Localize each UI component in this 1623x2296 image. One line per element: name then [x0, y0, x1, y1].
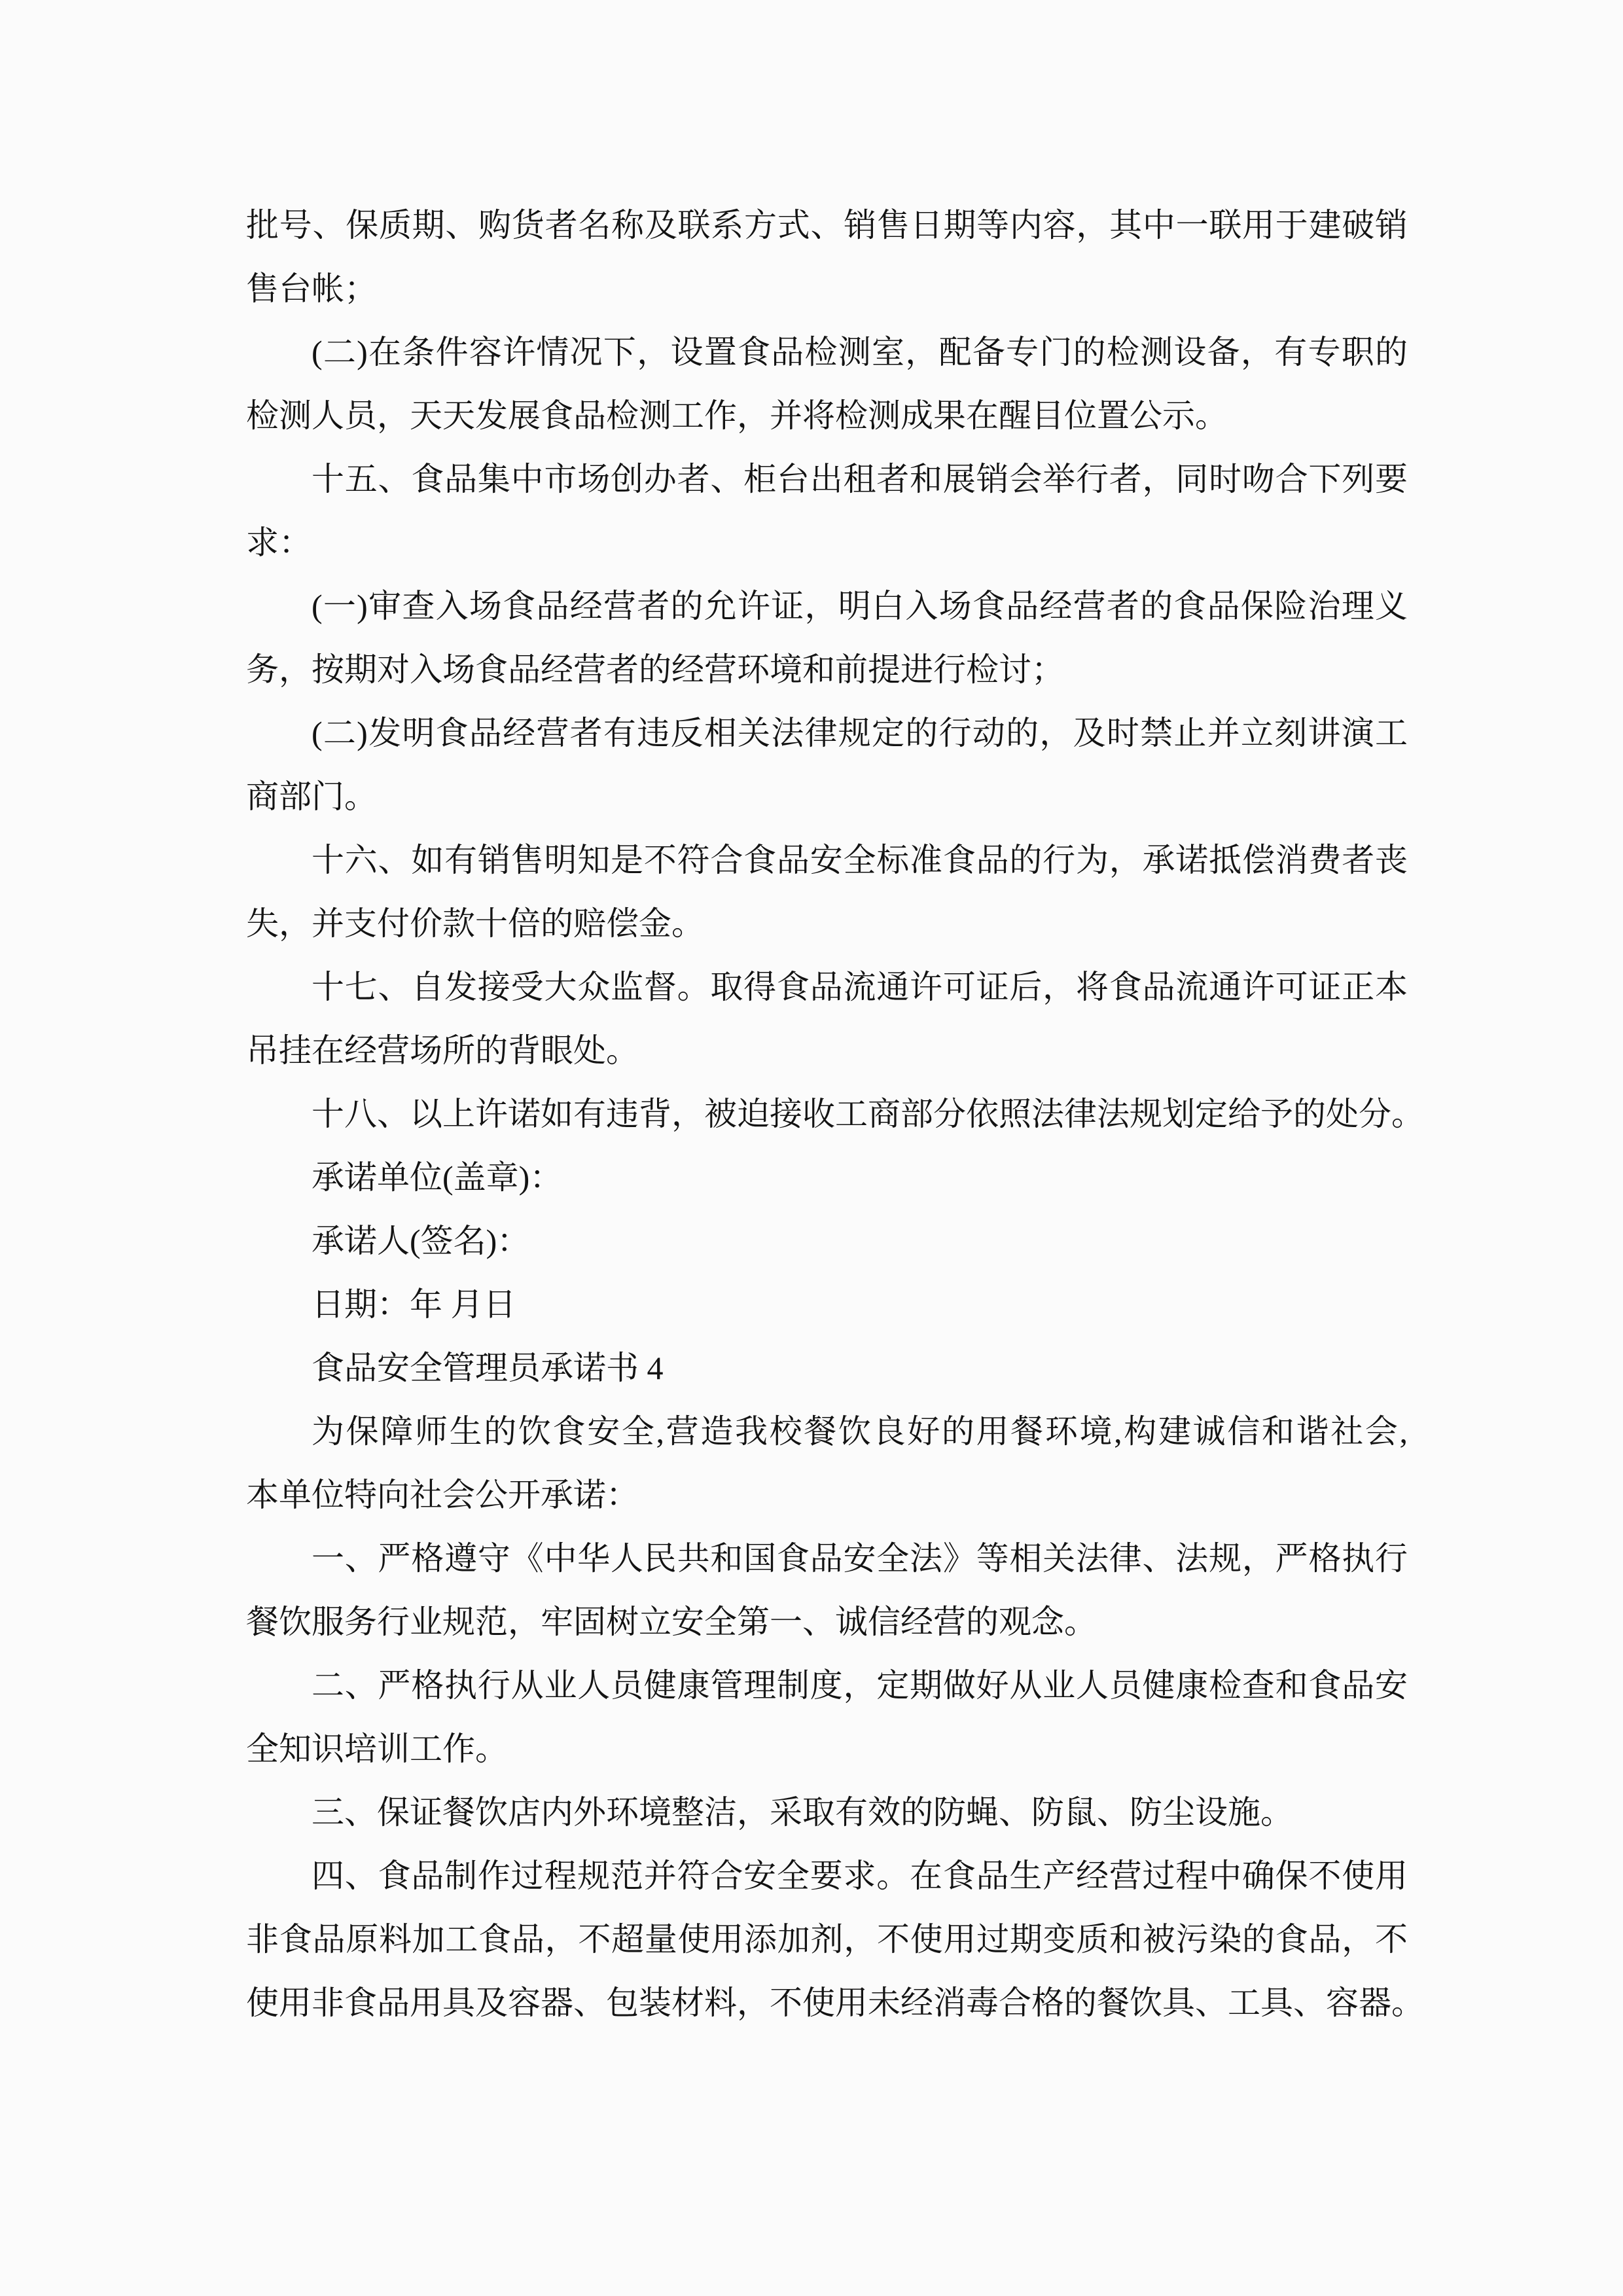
text-line: (二)发明食品经营者有违反相关法律规定的行动的，及时禁止并立刻讲演工 — [246, 702, 1408, 765]
paragraph: 二、严格执行从业人员健康管理制度，定期做好从业人员健康检查和食品安全知识培训工作… — [246, 1654, 1408, 1781]
text-line: 为保障师生的饮食安全,营造我校餐饮良好的用餐环境,构建诚信和谐社会, — [246, 1400, 1408, 1463]
text-line: 非食品原料加工食品，不超量使用添加剂，不使用过期变质和被污染的食品，不 — [246, 1908, 1408, 1971]
text-line: 十六、如有销售明知是不符合食品安全标准食品的行为，承诺抵偿消费者丧 — [246, 829, 1408, 892]
text-line: 售台帐； — [246, 257, 1408, 321]
paragraph: (一)审查入场食品经营者的允许证，明白入场食品经营者的食品保险治理义务，按期对入… — [246, 575, 1408, 702]
text-line: 四、食品制作过程规范并符合安全要求。在食品生产经营过程中确保不使用 — [246, 1844, 1408, 1908]
document-body: 批号、保质期、购货者名称及联系方式、销售日期等内容，其中一联用于建破销售台帐；(… — [246, 194, 1408, 2035]
text-line: (二)在条件容许情况下，设置食品检测室，配备专门的检测设备，有专职的 — [246, 321, 1408, 384]
text-line: 一、严格遵守《中华人民共和国食品安全法》等相关法律、法规，严格执行 — [246, 1527, 1408, 1590]
text-line: 承诺人(签名)： — [246, 1210, 1408, 1273]
document-page: 批号、保质期、购货者名称及联系方式、销售日期等内容，其中一联用于建破销售台帐；(… — [0, 0, 1623, 2296]
paragraph: 食品安全管理员承诺书 4 — [246, 1336, 1408, 1400]
text-line: 务，按期对入场食品经营者的经营环境和前提进行检讨； — [246, 638, 1408, 702]
paragraph: 十八、以上许诺如有违背，被迫接收工商部分依照法律法规划定给予的处分。 — [246, 1083, 1408, 1146]
text-line: 批号、保质期、购货者名称及联系方式、销售日期等内容，其中一联用于建破销 — [246, 194, 1408, 257]
paragraph: 十六、如有销售明知是不符合食品安全标准食品的行为，承诺抵偿消费者丧失，并支付价款… — [246, 829, 1408, 956]
paragraph: (二)发明食品经营者有违反相关法律规定的行动的，及时禁止并立刻讲演工商部门。 — [246, 702, 1408, 829]
text-line: 检测人员，天天发展食品检测工作，并将检测成果在醒目位置公示。 — [246, 384, 1408, 448]
text-line: 食品安全管理员承诺书 4 — [246, 1336, 1408, 1400]
text-line: 十五、食品集中市场创办者、柜台出租者和展销会举行者，同时吻合下列要 — [246, 448, 1408, 511]
paragraph: 一、严格遵守《中华人民共和国食品安全法》等相关法律、法规，严格执行餐饮服务行业规… — [246, 1527, 1408, 1654]
text-line: 商部门。 — [246, 765, 1408, 829]
text-line: 承诺单位(盖章)： — [246, 1146, 1408, 1210]
text-line: 本单位特向社会公开承诺： — [246, 1463, 1408, 1527]
paragraph: 十七、自发接受大众监督。取得食品流通许可证后，将食品流通许可证正本吊挂在经营场所… — [246, 956, 1408, 1083]
text-line: 二、严格执行从业人员健康管理制度，定期做好从业人员健康检查和食品安 — [246, 1654, 1408, 1717]
text-line: 三、保证餐饮店内外环境整洁，采取有效的防蝇、防鼠、防尘设施。 — [246, 1781, 1408, 1844]
text-line: 十七、自发接受大众监督。取得食品流通许可证后，将食品流通许可证正本 — [246, 956, 1408, 1019]
text-line: 全知识培训工作。 — [246, 1717, 1408, 1781]
text-line: 求： — [246, 511, 1408, 575]
paragraph: 批号、保质期、购货者名称及联系方式、销售日期等内容，其中一联用于建破销售台帐； — [246, 194, 1408, 321]
paragraph: 四、食品制作过程规范并符合安全要求。在食品生产经营过程中确保不使用非食品原料加工… — [246, 1844, 1408, 2035]
paragraph: 日期：年 月日 — [246, 1273, 1408, 1336]
text-line: 十八、以上许诺如有违背，被迫接收工商部分依照法律法规划定给予的处分。 — [246, 1083, 1408, 1146]
paragraph: 承诺人(签名)： — [246, 1210, 1408, 1273]
paragraph: 三、保证餐饮店内外环境整洁，采取有效的防蝇、防鼠、防尘设施。 — [246, 1781, 1408, 1844]
text-line: 使用非食品用具及容器、包装材料，不使用未经消毒合格的餐饮具、工具、容器。 — [246, 1971, 1408, 2035]
paragraph: 十五、食品集中市场创办者、柜台出租者和展销会举行者，同时吻合下列要求： — [246, 448, 1408, 575]
text-line: 日期：年 月日 — [246, 1273, 1408, 1336]
paragraph: 承诺单位(盖章)： — [246, 1146, 1408, 1210]
text-line: 吊挂在经营场所的背眼处。 — [246, 1019, 1408, 1083]
paragraph: 为保障师生的饮食安全,营造我校餐饮良好的用餐环境,构建诚信和谐社会,本单位特向社… — [246, 1400, 1408, 1527]
text-line: (一)审查入场食品经营者的允许证，明白入场食品经营者的食品保险治理义 — [246, 575, 1408, 638]
text-line: 餐饮服务行业规范，牢固树立安全第一、诚信经营的观念。 — [246, 1590, 1408, 1654]
paragraph: (二)在条件容许情况下，设置食品检测室，配备专门的检测设备，有专职的检测人员，天… — [246, 321, 1408, 448]
text-line: 失，并支付价款十倍的赔偿金。 — [246, 892, 1408, 956]
